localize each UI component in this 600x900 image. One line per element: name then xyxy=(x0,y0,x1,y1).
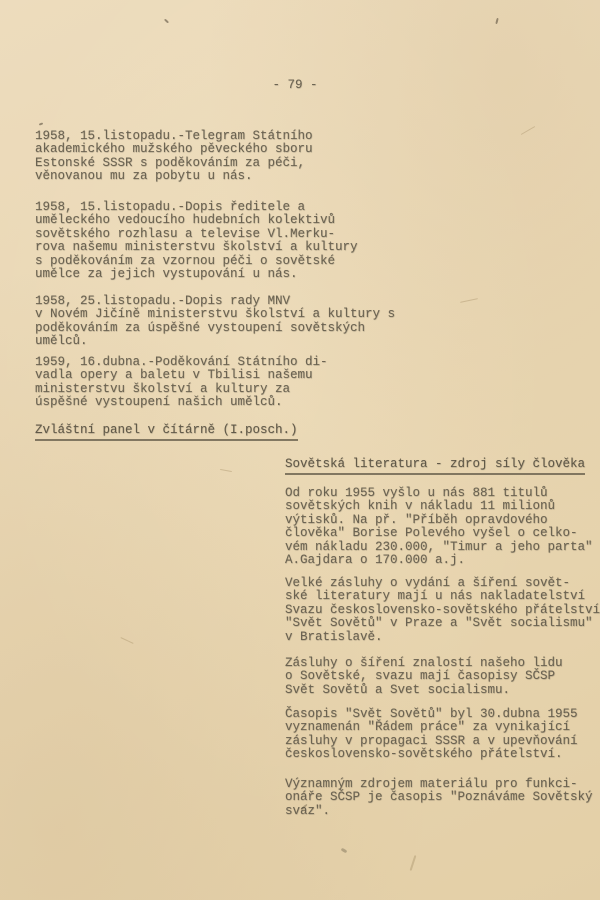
paper-fiber xyxy=(460,298,478,303)
paragraph-1958-dopis-reditele: 1958, 15.listopadu.-Dopis ředitele a umě… xyxy=(35,201,358,281)
paper-speck xyxy=(341,848,348,854)
paragraph-vyznamnym-zdrojem: Významným zdrojem materiálu pro funkci- … xyxy=(285,778,593,818)
paragraph-velke-zasluhy: Velké zásluhy o vydání a šíření sovět- s… xyxy=(285,577,600,644)
paper-fiber xyxy=(120,637,133,644)
paragraph-casopis-svet-sovetu: Časopis "Svět Sovětů" byl 30.dubna 1955 … xyxy=(285,708,578,762)
paper-fiber xyxy=(410,855,417,871)
paragraph-1958-telegram: 1958, 15.listopadu.-Telegram Státního ak… xyxy=(35,130,313,184)
section-heading-sovetska-literatura: Sovětská literatura - zdroj síly člověka xyxy=(285,458,585,475)
paper-speck xyxy=(495,18,498,24)
paper-fiber xyxy=(521,126,535,135)
section-heading-zvlastni-panel: Zvláštní panel v čítárně (I.posch.) xyxy=(35,424,298,441)
paragraph-1959-podekovani: 1959, 16.dubna.-Poděkování Státního di- … xyxy=(35,356,328,410)
paragraph-1958-dopis-rady-mnv: 1958, 25.listopadu.-Dopis rady MNV v Nov… xyxy=(35,295,395,349)
paragraph-zasluhy-o-sireni: Zásluhy o šíření znalostí našeho lidu o … xyxy=(285,657,563,697)
paper-fiber xyxy=(220,469,232,472)
page-number: - 79 - xyxy=(240,79,350,92)
paragraph-od-roku-1955: Od roku 1955 vyšlo u nás 881 titulů sově… xyxy=(285,487,593,567)
paper-speck xyxy=(39,122,43,125)
scanned-document-page: - 79 - 1958, 15.listopadu.-Telegram Stát… xyxy=(0,0,600,900)
paper-speck xyxy=(164,19,169,24)
